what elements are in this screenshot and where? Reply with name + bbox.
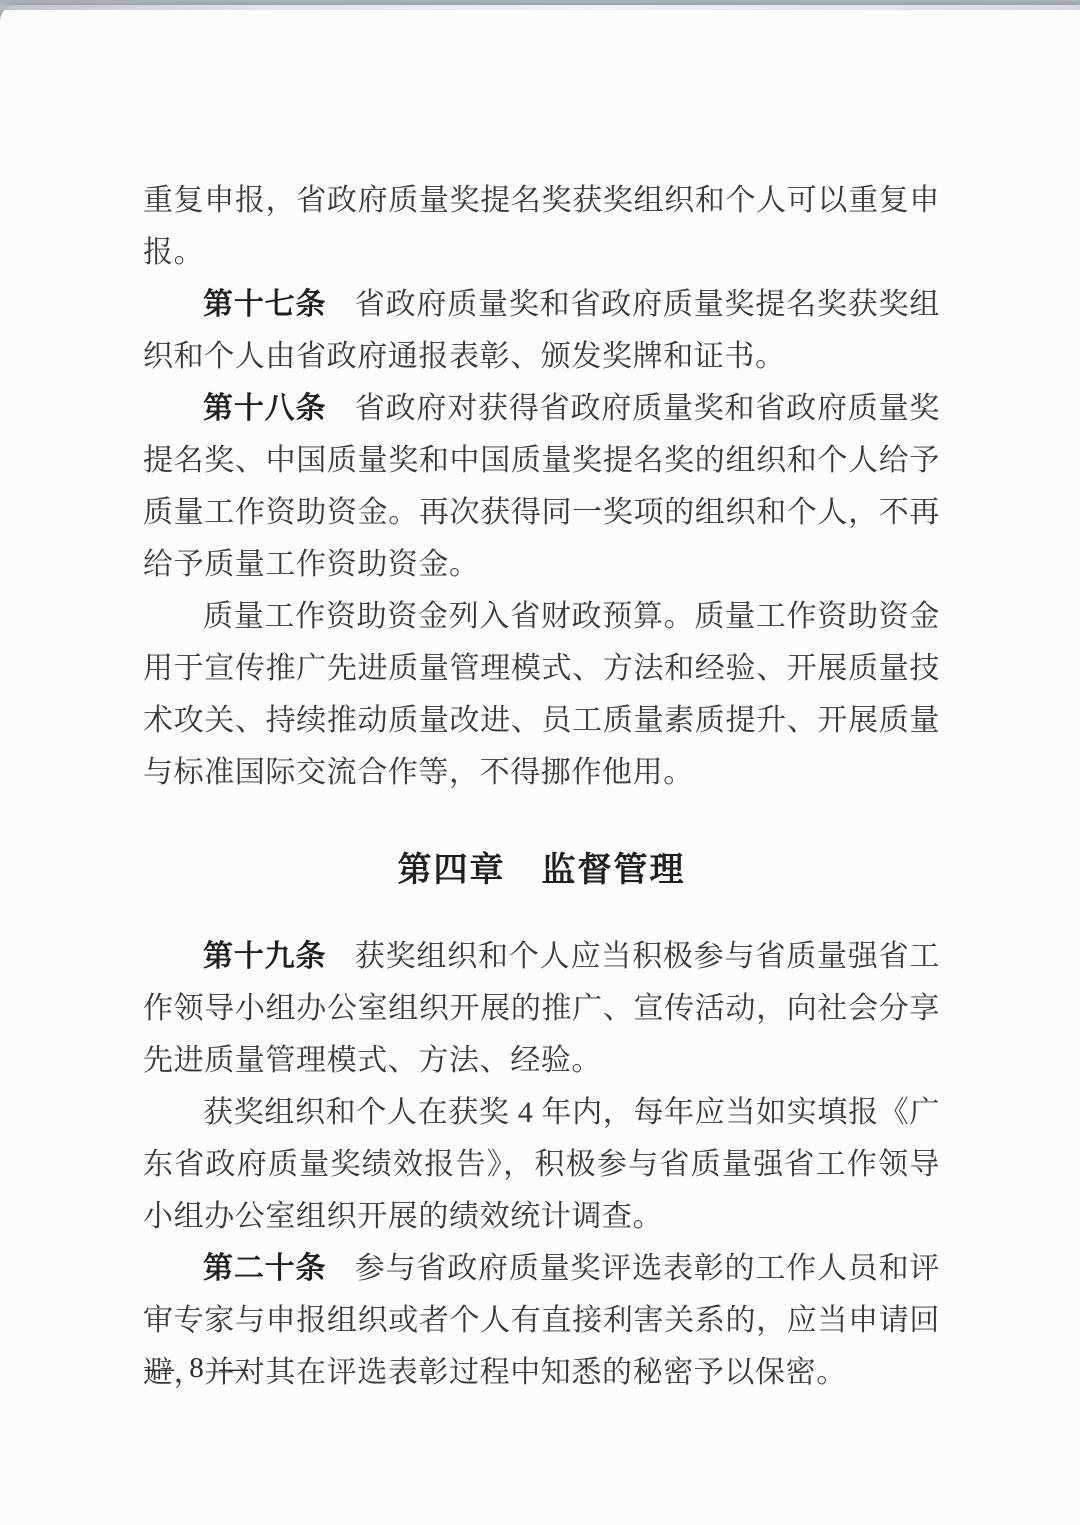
document-page: 重复申报，省政府质量奖提名奖获奖组织和个人可以重复申报。 第十七条省政府质量奖和… [0, 5, 1080, 1525]
paragraph-funding-budget: 质量工作资助资金列入省财政预算。质量工作资助资金用于宣传推广先进质量管理模式、方… [143, 591, 940, 799]
article-number-label: 第十九条 [203, 940, 326, 973]
article-paragraph-20: 第二十条参与省政府质量奖评选表彰的工作人员和评审专家与申报组织或者个人有直接利害… [143, 1243, 940, 1399]
article-paragraph-19: 第十九条获奖组织和个人应当积极参与省质量强省工作领导小组办公室组织开展的推广、宣… [143, 931, 940, 1087]
paragraph-continuation: 重复申报，省政府质量奖提名奖获奖组织和个人可以重复申报。 [143, 175, 940, 279]
article-paragraph-18: 第十八条省政府对获得省政府质量奖和省政府质量奖提名奖、中国质量奖和中国质量奖提名… [143, 383, 940, 591]
scan-edge-artifact [0, 5, 1080, 10]
paragraph-text: 获奖组织和个人在获奖 4 年内，每年应当如实填报《广东省政府质量奖绩效报告》，积… [143, 1096, 940, 1233]
paragraph-performance-report: 获奖组织和个人在获奖 4 年内，每年应当如实填报《广东省政府质量奖绩效报告》，积… [143, 1087, 940, 1243]
article-number-label: 第十八条 [203, 392, 326, 425]
paragraph-text: 重复申报，省政府质量奖提名奖获奖组织和个人可以重复申报。 [143, 184, 940, 269]
paragraph-text: 质量工作资助资金列入省财政预算。质量工作资助资金用于宣传推广先进质量管理模式、方… [143, 600, 940, 789]
article-paragraph-17: 第十七条省政府质量奖和省政府质量奖提名奖获奖组织和个人由省政府通报表彰、颁发奖牌… [143, 279, 940, 383]
article-number-label: 第二十条 [203, 1252, 326, 1285]
article-number-label: 第十七条 [203, 288, 326, 321]
page-number: — 8 — [145, 1351, 252, 1385]
document-body: 重复申报，省政府质量奖提名奖获奖组织和个人可以重复申报。 第十七条省政府质量奖和… [143, 175, 940, 1399]
chapter-heading: 第四章 监督管理 [143, 845, 940, 897]
